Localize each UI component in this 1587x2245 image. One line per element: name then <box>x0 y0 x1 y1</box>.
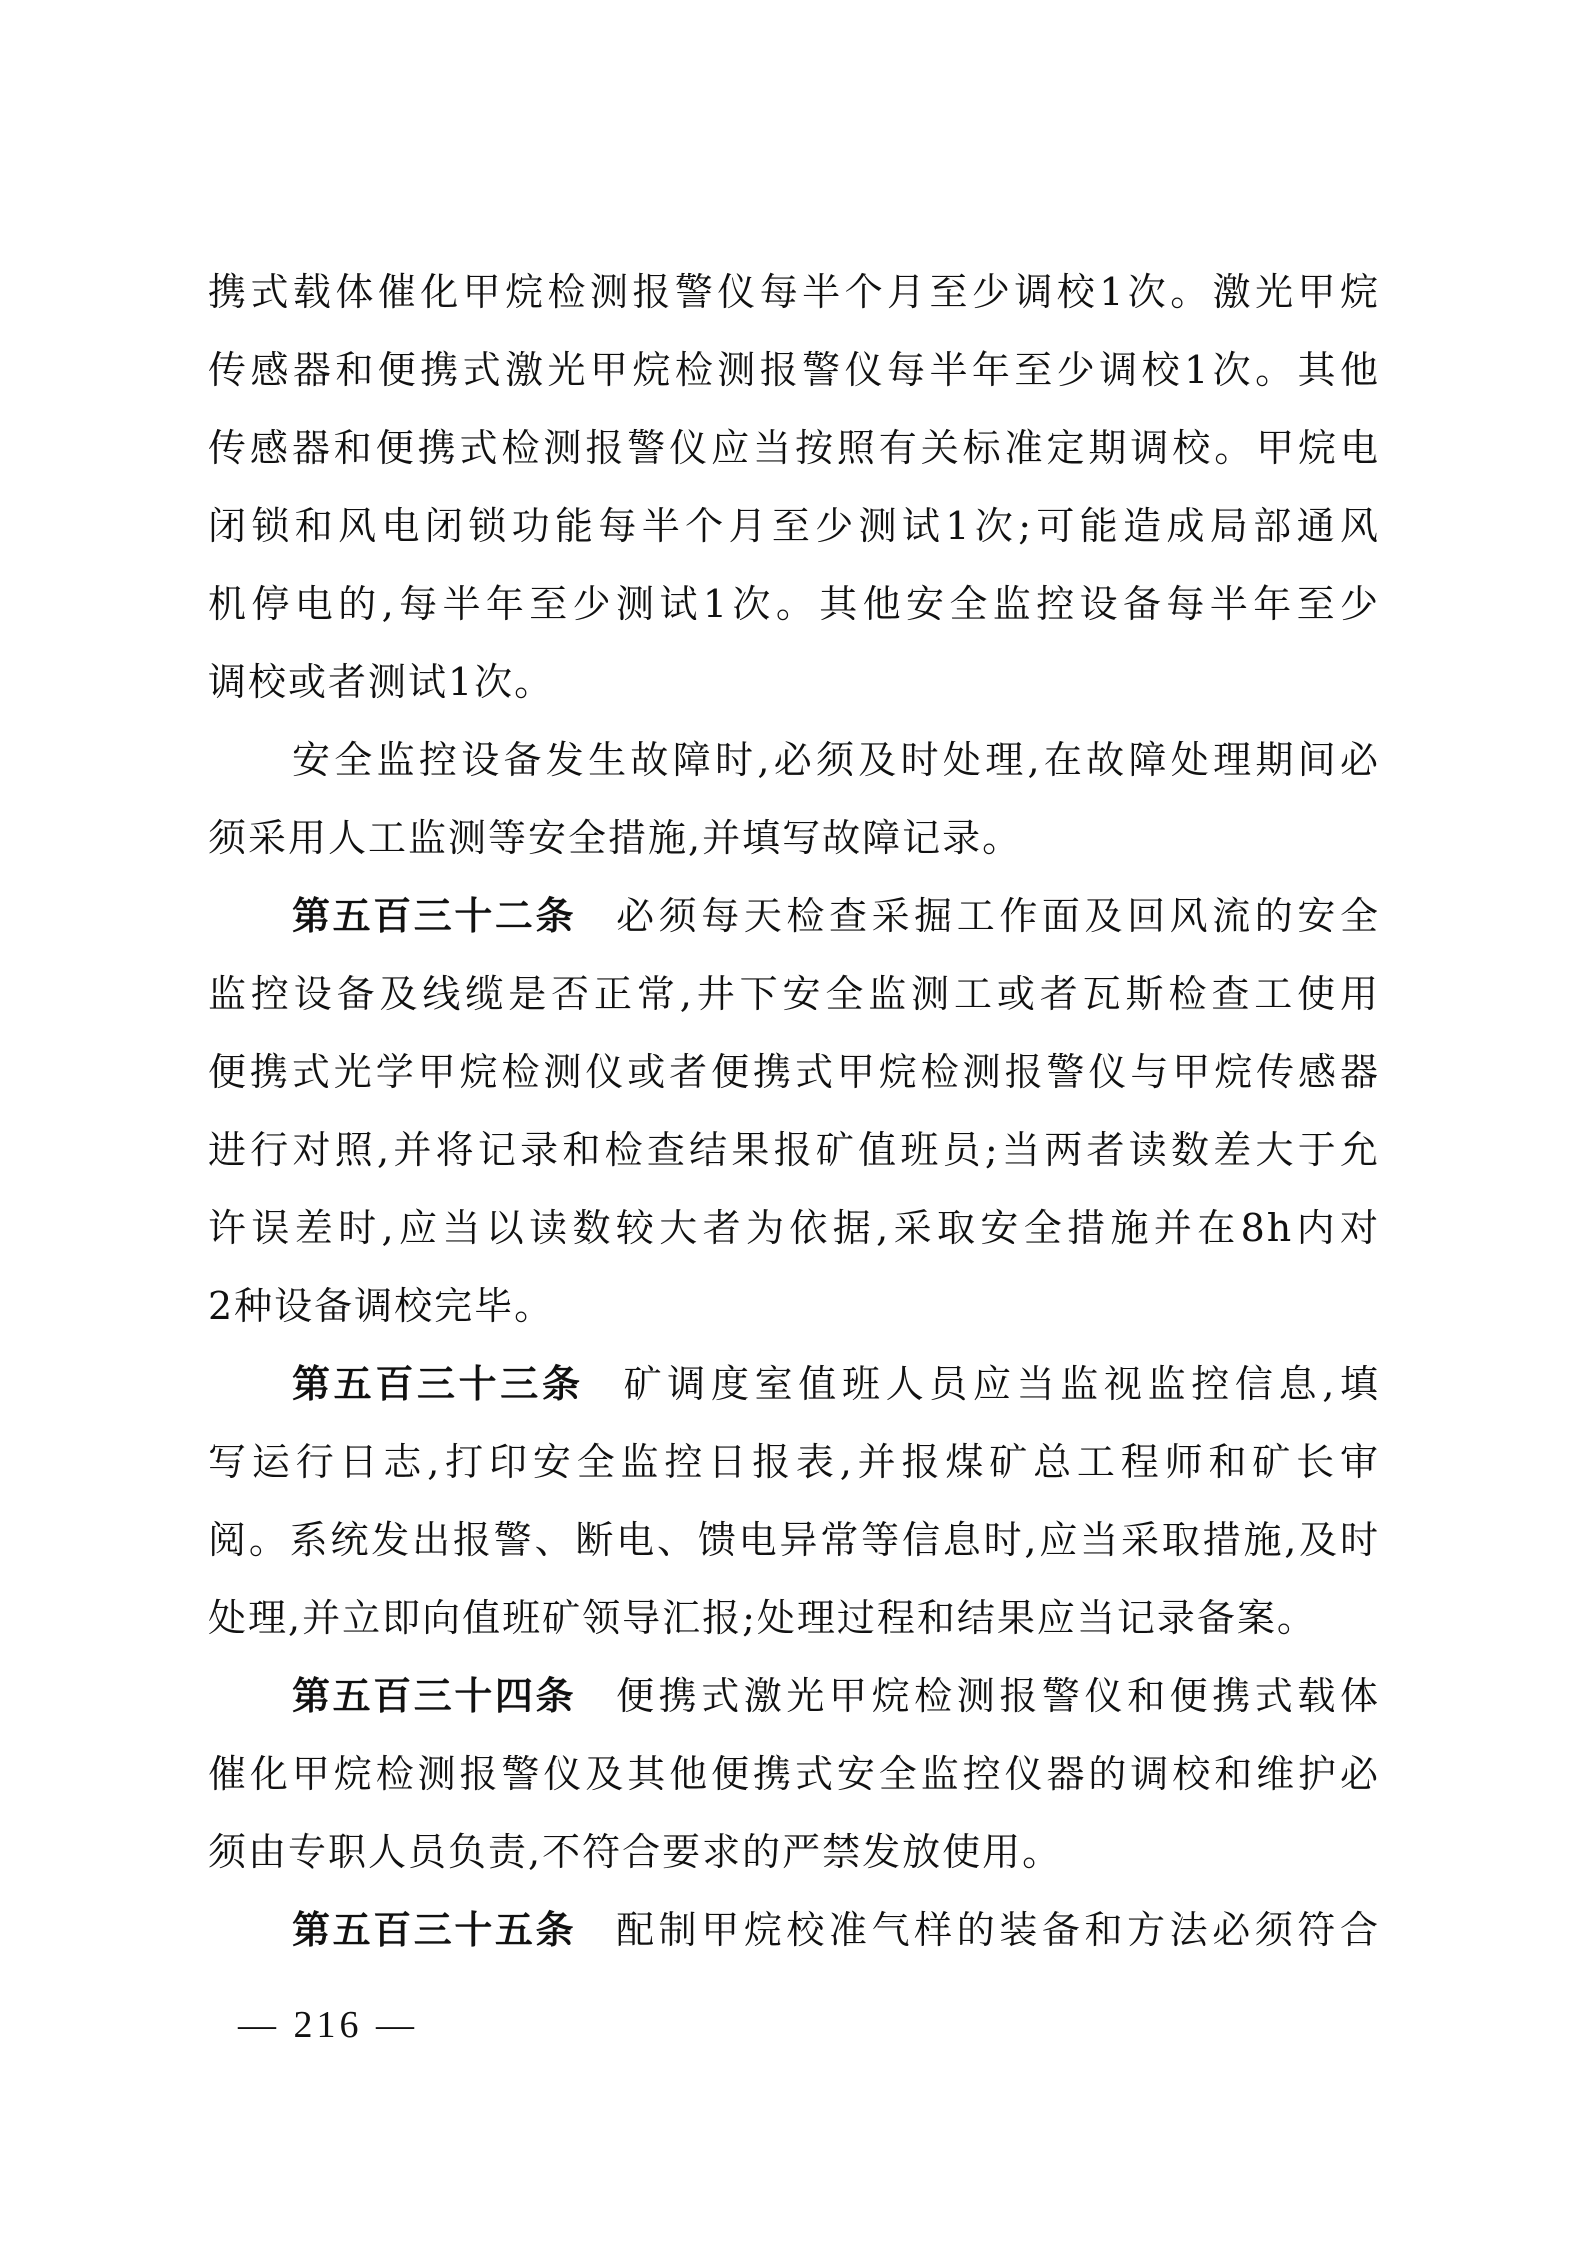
article-text: 必须每天检查采掘工作面及回风流的安全 <box>616 894 1380 938</box>
text-line: 写运行日志,打印安全监控日报表,并报煤矿总工程师和矿长审 <box>208 1432 1380 1510</box>
article-533: 第五百三十三条矿调度室值班人员应当监视监控信息,填 写运行日志,打印安全监控日报… <box>208 1354 1380 1666</box>
text-line: 传感器和便携式激光甲烷检测报警仪每半年至少调校1次。其他 <box>208 340 1380 418</box>
article-532: 第五百三十二条必须每天检查采掘工作面及回风流的安全 监控设备及线缆是否正常,井下… <box>208 886 1380 1354</box>
article-534: 第五百三十四条便携式激光甲烷检测报警仪和便携式载体 催化甲烷检测报警仪及其他便携… <box>208 1666 1380 1900</box>
text-line: 第五百三十三条矿调度室值班人员应当监视监控信息,填 <box>208 1354 1380 1432</box>
text-line: 须由专职人员负责,不符合要求的严禁发放使用。 <box>208 1822 1380 1900</box>
text-line: 处理,并立即向值班矿领导汇报;处理过程和结果应当记录备案。 <box>208 1588 1380 1666</box>
text-line: 阅。系统发出报警、断电、馈电异常等信息时,应当采取措施,及时 <box>208 1510 1380 1588</box>
body-text: 携式载体催化甲烷检测报警仪每半个月至少调校1次。激光甲烷 传感器和便携式激光甲烷… <box>208 262 1380 1978</box>
text-line: 安全监控设备发生故障时,必须及时处理,在故障处理期间必 <box>208 730 1380 808</box>
text-line: 许误差时,应当以读数较大者为依据,采取安全措施并在8h内对 <box>208 1198 1380 1276</box>
text-line: 第五百三十二条必须每天检查采掘工作面及回风流的安全 <box>208 886 1380 964</box>
text-line: 2种设备调校完毕。 <box>208 1276 1380 1354</box>
text-line: 监控设备及线缆是否正常,井下安全监测工或者瓦斯检查工使用 <box>208 964 1380 1042</box>
text-line: 须采用人工监测等安全措施,并填写故障记录。 <box>208 808 1380 886</box>
article-number: 第五百三十三条 <box>292 1362 584 1406</box>
paragraph-fault-handling: 安全监控设备发生故障时,必须及时处理,在故障处理期间必 须采用人工监测等安全措施… <box>208 730 1380 886</box>
text-line: 便携式光学甲烷检测仪或者便携式甲烷检测报警仪与甲烷传感器 <box>208 1042 1380 1120</box>
article-535: 第五百三十五条配制甲烷校准气样的装备和方法必须符合 <box>208 1900 1380 1978</box>
text-line: 闭锁和风电闭锁功能每半个月至少测试1次;可能造成局部通风 <box>208 496 1380 574</box>
article-number: 第五百三十二条 <box>292 894 576 938</box>
text-line: 进行对照,并将记录和检查结果报矿值班员;当两者读数差大于允 <box>208 1120 1380 1198</box>
article-number: 第五百三十四条 <box>292 1674 576 1718</box>
text-line: 催化甲烷检测报警仪及其他便携式安全监控仪器的调校和维护必 <box>208 1744 1380 1822</box>
article-text: 配制甲烷校准气样的装备和方法必须符合 <box>616 1908 1380 1952</box>
text-line: 第五百三十五条配制甲烷校准气样的装备和方法必须符合 <box>208 1900 1380 1978</box>
text-line: 传感器和便携式检测报警仪应当按照有关标准定期调校。甲烷电 <box>208 418 1380 496</box>
article-number: 第五百三十五条 <box>292 1908 576 1952</box>
text-line: 机停电的,每半年至少测试1次。其他安全监控设备每半年至少 <box>208 574 1380 652</box>
article-text: 便携式激光甲烷检测报警仪和便携式载体 <box>616 1674 1380 1718</box>
paragraph-continuation: 携式载体催化甲烷检测报警仪每半个月至少调校1次。激光甲烷 传感器和便携式激光甲烷… <box>208 262 1380 730</box>
page-number: — 216 — <box>238 2000 418 2050</box>
article-text: 矿调度室值班人员应当监视监控信息,填 <box>624 1362 1380 1406</box>
text-line: 调校或者测试1次。 <box>208 652 1380 730</box>
document-page: 携式载体催化甲烷检测报警仪每半个月至少调校1次。激光甲烷 传感器和便携式激光甲烷… <box>0 0 1587 2245</box>
text-line: 第五百三十四条便携式激光甲烷检测报警仪和便携式载体 <box>208 1666 1380 1744</box>
text-line: 携式载体催化甲烷检测报警仪每半个月至少调校1次。激光甲烷 <box>208 262 1380 340</box>
